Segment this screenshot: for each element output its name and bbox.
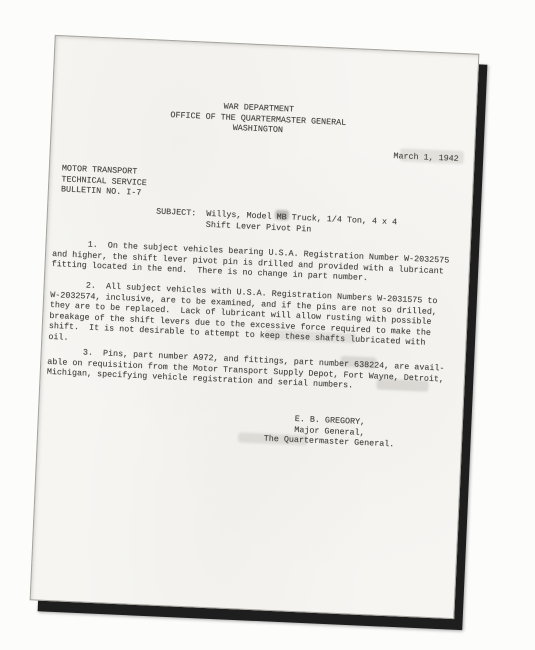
signature-block: E. B. GREGORY, Major General, The Quarte… — [218, 411, 441, 452]
bulletin-block: MOTOR TRANSPORT TECHNICAL SERVICE BULLET… — [61, 163, 148, 198]
date-line: March 1, 1942 — [393, 151, 459, 164]
paragraph-1: 1. On the subject vehicles bearing U.S.A… — [51, 238, 449, 287]
letterhead: WAR DEPARTMENT OFFICE OF THE QUARTERMAST… — [52, 94, 465, 144]
paragraph-2: 2. All subject vehicles with U.S.A. Regi… — [48, 279, 437, 359]
subject-block: SUBJECT: Willys, Model MB Truck, 1/4 Ton… — [155, 207, 397, 239]
document-scan: WAR DEPARTMENT OFFICE OF THE QUARTERMAST… — [0, 0, 535, 650]
document-page: WAR DEPARTMENT OFFICE OF THE QUARTERMAST… — [30, 35, 480, 619]
